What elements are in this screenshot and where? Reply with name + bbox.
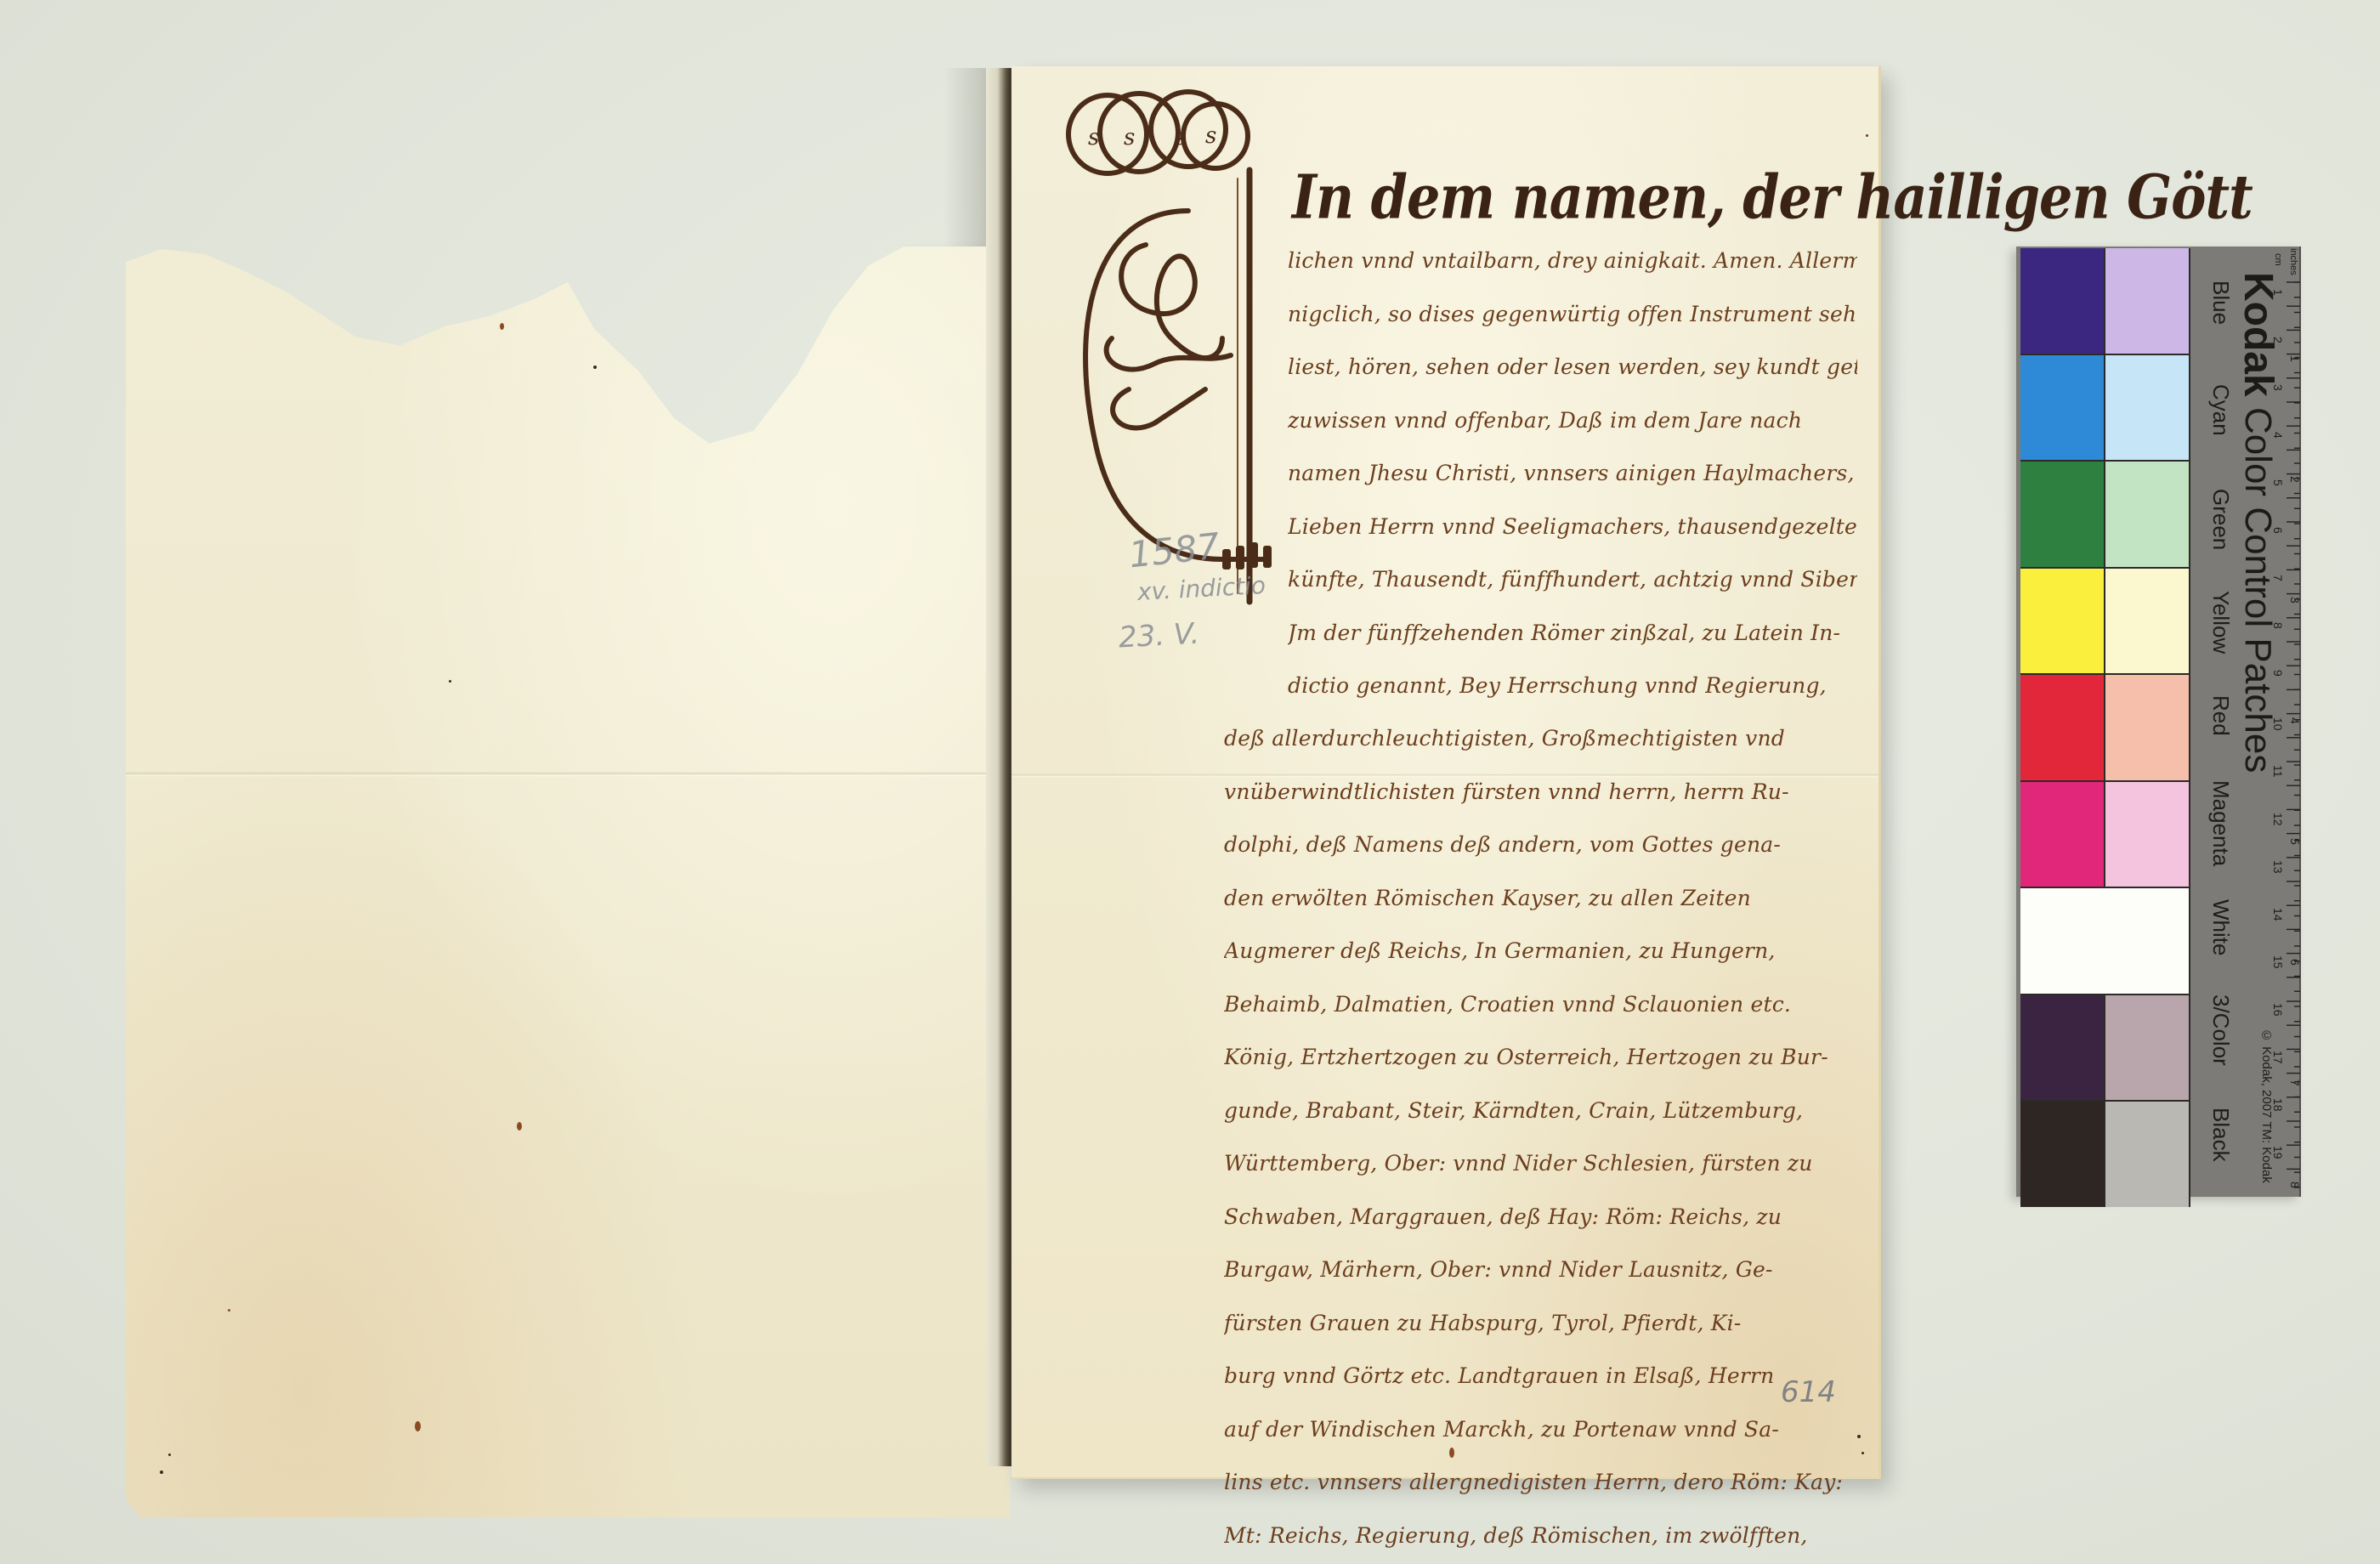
patch-white: [2020, 888, 2190, 994]
text-line: gunde, Brabant, Steir, Kärndten, Crain, …: [1224, 1085, 1870, 1138]
binding-gutter: [986, 68, 1015, 1466]
text-line: lichen vnnd vntailbarn, drey ainigkait. …: [1288, 235, 1857, 288]
ruler-ticks: [2271, 246, 2301, 1197]
text-line: auf der Windischen Marckh, zu Portenaw v…: [1224, 1403, 1870, 1457]
patch-yellow-light: [2105, 569, 2190, 674]
text-line: Mt: Reichs, Regierung, deß Römischen, im…: [1224, 1510, 1870, 1563]
patch-yellow-dark: [2020, 569, 2105, 674]
kodak-color-control-strip: Blue Cyan Green Yellow Red Magenta White…: [2016, 246, 2301, 1197]
foxing-spot: [1861, 1452, 1864, 1454]
svg-text:s: s: [1205, 123, 1216, 149]
patch-red-dark: [2020, 675, 2105, 780]
patch-row-red: [2020, 675, 2190, 782]
patch-magenta-dark: [2020, 782, 2105, 887]
patch-cyan-light: [2105, 355, 2190, 461]
label-green: Green: [2196, 489, 2234, 550]
patch-blue-light: [2105, 248, 2190, 354]
patch-red-light: [2105, 675, 2190, 780]
patch-blue-dark: [2020, 248, 2105, 354]
text-line: nigclich, so dises gegenwürtig offen Ins…: [1288, 288, 1857, 342]
foxing-spot: [160, 1470, 163, 1474]
patch-row-white: [2020, 888, 2190, 995]
text-line: dictio genannt, Bey Herrschung vnnd Regi…: [1288, 660, 1857, 713]
page-number: 614: [1781, 1375, 1836, 1409]
svg-text:s: s: [1175, 125, 1186, 150]
text-line: Behaimb, Dalmatien, Croatien vnnd Sclauo…: [1224, 978, 1870, 1032]
patch-row-magenta: [2020, 782, 2190, 889]
text-line: zuwissen vnnd offenbar, Daß im dem Jare …: [1288, 394, 1857, 448]
foxing-spot: [1866, 134, 1868, 137]
foxing-spot: [168, 1453, 171, 1456]
manuscript-text-upper: lichen vnnd vntailbarn, drey ainigkait. …: [1288, 235, 1857, 713]
label-yellow: Yellow: [2196, 591, 2234, 654]
text-line: Schwaben, Marggrauen, deß Hay: Röm: Reic…: [1224, 1191, 1870, 1244]
label-white: White: [2196, 899, 2234, 955]
horizontal-fold-crease: [126, 772, 1010, 777]
text-line: den erwölten Römischen Kayser, zu allen …: [1224, 872, 1870, 926]
text-line: Burgaw, Märhern, Ober: vnnd Nider Lausni…: [1224, 1244, 1870, 1297]
patch-green-dark: [2020, 462, 2105, 567]
foxing-spot: [449, 680, 451, 683]
label-cyan: Cyan: [2196, 384, 2234, 436]
label-red: Red: [2196, 695, 2234, 736]
text-line: liest, hören, sehen oder lesen werden, s…: [1288, 341, 1857, 394]
foxing-spot: [500, 323, 504, 330]
text-line: Lieben Herrn vnnd Seeligmachers, thausen…: [1288, 501, 1857, 554]
patch-magenta-light: [2105, 782, 2190, 887]
foxing-spot: [517, 1122, 522, 1130]
foxing-spot: [1449, 1448, 1454, 1458]
patch-row-black: [2020, 1102, 2190, 1207]
text-line: künfte, Thausendt, fünffhundert, achtzig…: [1288, 553, 1857, 607]
manuscript-heading: In dem namen, der hailligen Gött: [1292, 161, 2252, 233]
patch-row-blue: [2020, 248, 2190, 355]
svg-text:s: s: [1088, 125, 1099, 150]
text-line: dolphi, deß Namens deß andern, vom Gotte…: [1224, 819, 1870, 872]
foxing-spot: [228, 1309, 230, 1312]
patch-black-light: [2105, 1102, 2190, 1207]
label-magenta: Magenta: [2196, 780, 2234, 866]
manuscript-page: s s s s In dem namen, der hailligen Gött…: [1011, 66, 1881, 1479]
text-line: König, Ertzhertzogen zu Osterreich, Hert…: [1224, 1031, 1870, 1085]
svg-text:s: s: [1124, 125, 1135, 150]
foxing-spot: [593, 365, 597, 369]
label-black: Black: [2196, 1108, 2234, 1162]
text-line: vnüberwindtlichisten fürsten vnnd herrn,…: [1224, 766, 1870, 819]
ruler: cm inches 1 2 3 4 5 6 7 8 9 10 11 12 13 …: [2271, 246, 2301, 1197]
text-line: lins etc. vnnsers allergnedigisten Herrn…: [1224, 1456, 1870, 1510]
text-line: Württemberg, Ober: vnnd Nider Schlesien,…: [1224, 1137, 1870, 1191]
patch-row-yellow: [2020, 569, 2190, 676]
patch-3color-dark: [2020, 995, 2105, 1101]
patch-row-cyan: [2020, 355, 2190, 462]
text-line: fürsten Grauen zu Habspurg, Tyrol, Pfier…: [1224, 1297, 1870, 1351]
patch-green-light: [2105, 462, 2190, 567]
label-blue: Blue: [2196, 280, 2234, 325]
left-blank-leaf: [126, 246, 1010, 1517]
text-line: deß allerdurchleuchtigisten, Großmechtig…: [1224, 712, 1870, 766]
text-line: namen Jhesu Christi, vnnsers ainigen Hay…: [1288, 447, 1857, 501]
patch-row-green: [2020, 462, 2190, 569]
manuscript-text-lower: deß allerdurchleuchtigisten, Großmechtig…: [1224, 712, 1870, 1562]
foxing-spot: [1857, 1435, 1861, 1438]
foxing-spot: [415, 1421, 421, 1431]
text-line: Jm der fünffzehenden Römer zinßzal, zu L…: [1288, 607, 1857, 660]
color-patches: [2020, 248, 2190, 1183]
patch-cyan-dark: [2020, 355, 2105, 461]
pencil-date-annotation: 23. V.: [1118, 617, 1200, 655]
text-line: burg vnnd Görtz etc. Landtgrauen in Elsa…: [1224, 1350, 1870, 1403]
text-line: Augmerer deß Reichs, In Germanien, zu Hu…: [1224, 925, 1870, 978]
label-3color: 3/Color: [2196, 994, 2234, 1066]
patch-row-3color: [2020, 995, 2190, 1102]
patch-3color-light: [2105, 995, 2190, 1101]
patch-black-dark: [2020, 1102, 2105, 1207]
